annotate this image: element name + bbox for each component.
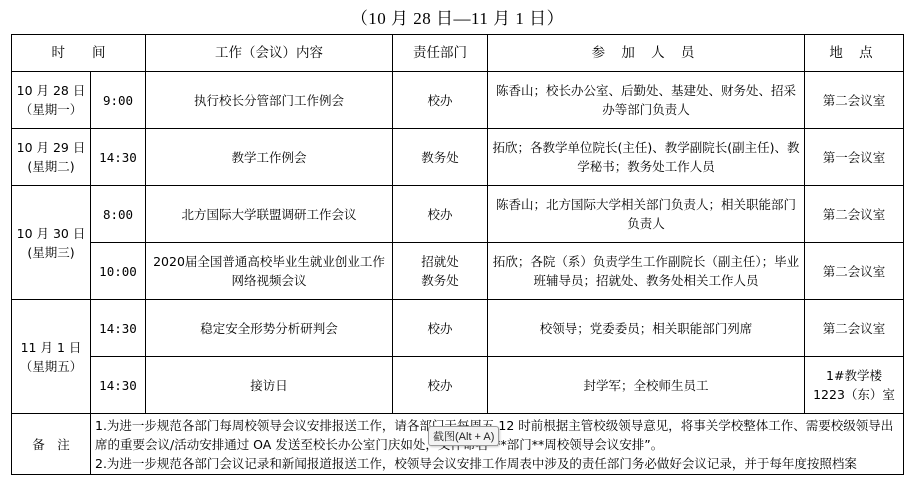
department-cell: 校办	[393, 300, 488, 357]
header-participants: 参 加 人 员	[488, 35, 805, 72]
table-row: 10 月 28 日 （星期一） 9:00 执行校长分管部门工作例会 校办 陈香山…	[12, 72, 904, 129]
note-2: 2.为进一步规范各部门会议记录和新闻报道报送工作，校领导会议安排工作周表中涉及的…	[95, 454, 899, 473]
header-row: 时 间 工作（会议）内容 责任部门 参 加 人 员 地 点	[12, 35, 904, 72]
content-cell: 教学工作例会	[146, 129, 393, 186]
weekday: （星期一）	[16, 100, 86, 119]
participants-cell: 校领导；党委委员；相关职能部门列席	[488, 300, 805, 357]
table-row: 14:30 接访日 校办 封学军；全校师生员工 1#教学楼 1223（东）室	[12, 357, 904, 414]
header-content: 工作（会议）内容	[146, 35, 393, 72]
participants-cell: 拓欣；各院（系）负责学生工作副院长（副主任）；毕业班辅导员；招就处、教务处相关工…	[488, 243, 805, 300]
content-cell: 2020届全国普通高校毕业生就业创业工作网络视频会议	[146, 243, 393, 300]
date: 10 月 29 日	[16, 138, 86, 157]
date: 10 月 30 日	[16, 224, 86, 243]
date: 10 月 28 日	[16, 81, 86, 100]
participants-cell: 陈香山；北方国际大学相关部门负责人；相关职能部门负责人	[488, 186, 805, 243]
date: 11 月 1 日	[16, 338, 86, 357]
time-cell: 14:30	[91, 300, 146, 357]
time-cell: 14:30	[91, 129, 146, 186]
schedule-title: （10 月 28 日—11 月 1 日）	[0, 4, 915, 29]
time-cell: 14:30	[91, 357, 146, 414]
header-department: 责任部门	[393, 35, 488, 72]
date-cell: 10 月 30 日 (星期三)	[12, 186, 91, 300]
header-time: 时 间	[12, 35, 146, 72]
time-cell: 10:00	[91, 243, 146, 300]
table-row: 11 月 1 日 （星期五） 14:30 稳定安全形势分析研判会 校办 校领导；…	[12, 300, 904, 357]
location-line: 1#教学楼	[809, 366, 899, 385]
location-cell: 第二会议室	[805, 186, 904, 243]
content-cell: 稳定安全形势分析研判会	[146, 300, 393, 357]
header-location: 地 点	[805, 35, 904, 72]
weekday: （星期五）	[16, 357, 86, 376]
date-cell: 11 月 1 日 （星期五）	[12, 300, 91, 414]
location-cell: 第二会议室	[805, 243, 904, 300]
department-line: 招就处	[397, 252, 483, 271]
schedule-table: 时 间 工作（会议）内容 责任部门 参 加 人 员 地 点 10 月 28 日 …	[11, 34, 904, 475]
date-cell: 10 月 29 日 (星期二)	[12, 129, 91, 186]
time-cell: 9:00	[91, 72, 146, 129]
content-cell: 接访日	[146, 357, 393, 414]
participants-cell: 封学军；全校师生员工	[488, 357, 805, 414]
department-cell: 招就处 教务处	[393, 243, 488, 300]
weekday: (星期二)	[16, 157, 86, 176]
department-line: 教务处	[397, 271, 483, 290]
location-line: 1223（东）室	[809, 385, 899, 404]
department-cell: 校办	[393, 357, 488, 414]
participants-cell: 拓欣；各教学单位院长(主任)、教学副院长(副主任)、教学秘书；教务处工作人员	[488, 129, 805, 186]
location-cell: 第二会议室	[805, 300, 904, 357]
content-cell: 执行校长分管部门工作例会	[146, 72, 393, 129]
department-cell: 校办	[393, 72, 488, 129]
department-cell: 校办	[393, 186, 488, 243]
date-cell: 10 月 28 日 （星期一）	[12, 72, 91, 129]
time-cell: 8:00	[91, 186, 146, 243]
notes-label: 备 注	[12, 414, 91, 475]
participants-cell: 陈香山；校长办公室、后勤处、基建处、财务处、招采办等部门负责人	[488, 72, 805, 129]
table-row: 10 月 29 日 (星期二) 14:30 教学工作例会 教务处 拓欣；各教学单…	[12, 129, 904, 186]
location-cell: 第一会议室	[805, 129, 904, 186]
table-row: 10 月 30 日 (星期三) 8:00 北方国际大学联盟调研工作会议 校办 陈…	[12, 186, 904, 243]
screenshot-tooltip: 截图(Alt + A)	[428, 426, 499, 446]
location-cell: 第二会议室	[805, 72, 904, 129]
table-row: 10:00 2020届全国普通高校毕业生就业创业工作网络视频会议 招就处 教务处…	[12, 243, 904, 300]
content-cell: 北方国际大学联盟调研工作会议	[146, 186, 393, 243]
weekday: (星期三)	[16, 243, 86, 262]
location-cell: 1#教学楼 1223（东）室	[805, 357, 904, 414]
department-cell: 教务处	[393, 129, 488, 186]
